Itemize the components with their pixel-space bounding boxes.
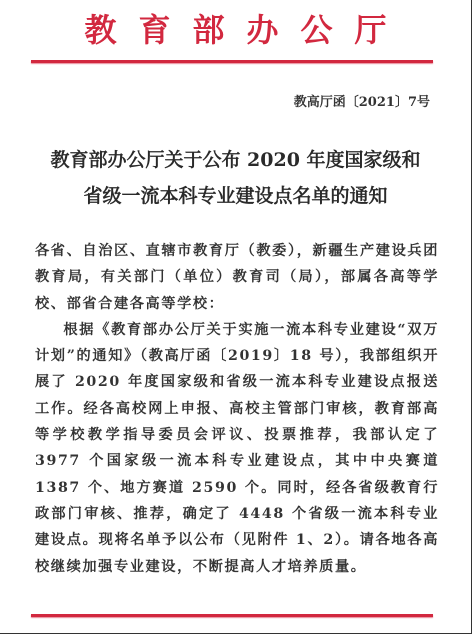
title-line-1: 教育部办公厅关于公布 2020 年度国家级和 (0, 142, 471, 178)
document-title: 教育部办公厅关于公布 2020 年度国家级和 省级一流本科专业建设点名单的通知 (0, 142, 471, 214)
footer-red-rule (31, 614, 433, 617)
title-line-2: 省级一流本科专业建设点名单的通知 (0, 178, 471, 214)
issuer-header: 教育部办公厅 (0, 10, 471, 50)
addressees: 各省、自治区、直辖市教育厅（教委），新疆生产建设兵团教育局，有关部门（单位）教育… (35, 238, 439, 317)
document-number: 教高厅函〔2021〕7号 (294, 91, 430, 110)
document-page: 教育部办公厅 教高厅函〔2021〕7号 教育部办公厅关于公布 2020 年度国家… (0, 0, 472, 634)
header-red-rule (31, 60, 433, 63)
document-body: 各省、自治区、直辖市教育厅（教委），新疆生产建设兵团教育局，有关部门（单位）教育… (35, 238, 439, 580)
body-paragraph-1: 根据《教育部办公厅关于实施一流本科专业建设“双万计划”的通知》（教高厅函〔201… (35, 317, 439, 580)
